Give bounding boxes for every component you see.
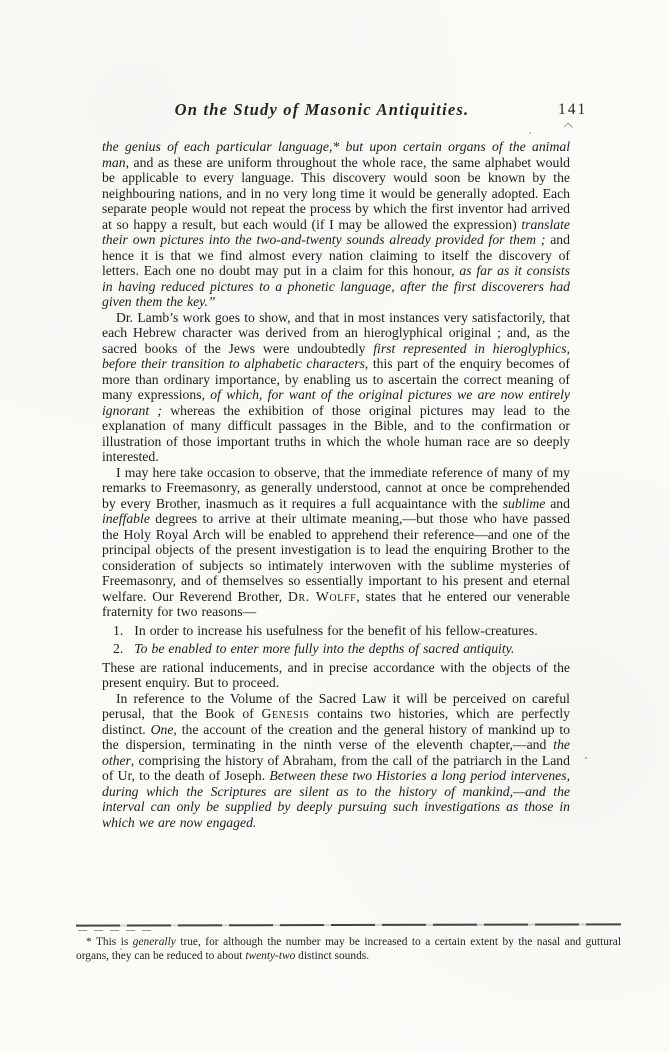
text-segment: To be enabled to enter more fully into t… [134,641,514,656]
running-title: On the Study of Masonic Antiquities. [102,100,542,120]
text-segment: One, [151,722,177,737]
text-segment: distinct sounds. [295,950,369,962]
text-segment: generally [133,936,176,948]
text-segment: twenty-two [245,950,295,962]
paragraph: I may here take occasion to observe, tha… [102,465,570,620]
text-segment: ineffable [102,511,150,526]
text-segment: In order to increase his usefulness for … [134,623,537,638]
page-number: 141 [558,101,598,119]
list-number: 1. [113,623,123,638]
footnote-separator-fragment [78,930,152,931]
text-segment: * This is [86,936,133,948]
text-segment: Genesis [261,706,309,721]
paragraph: In reference to the Volume of the Sacred… [102,691,570,831]
footnote: * This is generally true, for although t… [76,936,621,963]
text-segment: sublime [503,496,546,511]
list-item: 1.In order to increase his usefulness fo… [102,623,570,639]
text-segment: Dr. Wolff [288,589,356,604]
text-segment: whereas the exhibition of those original… [102,403,570,465]
text-segment: I may here take occasion to observe, tha… [102,465,570,511]
body-text: the genius of each particular language,*… [102,139,570,830]
text-segment: and [545,496,570,511]
scanned-page: On the Study of Masonic Antiquities. 141… [0,0,669,1052]
text-segment: , and as these are uniform throughout th… [102,155,570,232]
paragraph: Dr. Lamb’s work goes to show, and that i… [102,310,570,465]
list-number: 2. [113,641,123,656]
scan-caret-mark [564,122,573,131]
paragraph: These are rational inducements, and in p… [102,660,570,691]
paragraph: the genius of each particular language,*… [102,139,570,310]
list-item: 2.To be enabled to enter more fully into… [102,641,570,657]
text-segment: These are rational inducements, and in p… [102,660,570,691]
footnote-separator [76,923,621,926]
scan-speck [120,948,122,950]
scan-speck [529,132,531,134]
scan-speck [585,757,587,759]
scan-speck [543,700,545,702]
